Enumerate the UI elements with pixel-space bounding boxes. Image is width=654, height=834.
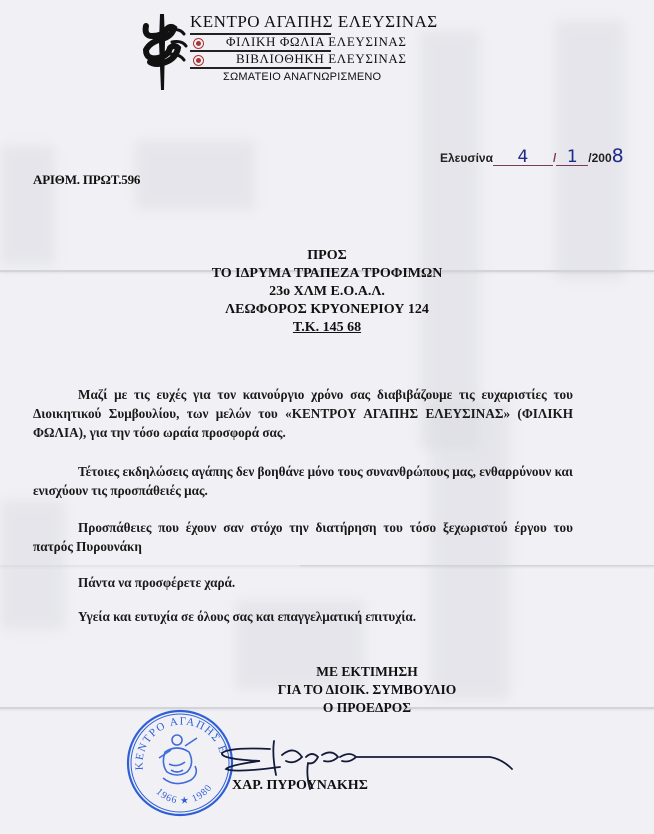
recipient-line-1: ΤΟ ΙΔΡΥΜΑ ΤΡΑΠΕΖΑ ΤΡΟΦΙΜΩΝ: [0, 266, 654, 282]
stylized-monogram-logo: [140, 12, 190, 90]
closing-board: ΓΙΑ ΤΟ ΔΙΟΙΚ. ΣΥΜΒΟΥΛΙΟ: [40, 680, 654, 700]
date-month: 1: [556, 151, 588, 166]
date-year-prefix: /200: [588, 151, 611, 165]
rosette-bullet-icon: [193, 55, 204, 66]
letterhead-line-3: ΒΙΒΛΙΟΘΗΚΗ ΕΛΕΥΣΙΝΑΣ: [236, 51, 407, 66]
recipient-to: ΠΡΟΣ: [0, 248, 654, 264]
closing-regards: ΜΕ ΕΚΤΙΜΗΣΗ: [40, 662, 654, 682]
recipient-line-3: ΛΕΩΦΟΡΟΣ ΚΡΥΟΝΕΡΙΟΥ 124: [0, 302, 654, 318]
body-paragraph-5: Υγεία και ευτυχία σε όλους σας και επαγγ…: [33, 607, 573, 626]
letterhead-row-1: ΦΙΛΙΚΗ ΦΩΛΙΑ ΕΛΕΥΣΙΝΑΣ: [193, 34, 407, 50]
date-line: Ελευσίνα4/1/2008: [440, 145, 624, 167]
rosette-bullet-icon: [193, 38, 204, 49]
postal-code-text: Τ.Κ. 145 68: [293, 320, 361, 335]
letterhead-line-2: ΦΙΛΙΚΗ ΦΩΛΙΑ ΕΛΕΥΣΙΝΑΣ: [226, 34, 407, 49]
paper-fold-line: [300, 565, 654, 566]
org-name: ΚΕΝΤΡΟ ΑΓΑΠΗΣ ΕΛΕΥΣΙΝΑΣ: [190, 12, 438, 32]
letterhead-row-2: ΒΙΒΛΙΟΘΗΚΗ ΕΛΕΥΣΙΝΑΣ: [193, 51, 407, 67]
date-year-suffix: 8: [612, 145, 624, 167]
recipient-line-2: 23ο ΧΛΜ Ε.Ο.Α.Λ.: [0, 284, 654, 300]
protocol-number: ΑΡΙΘΜ. ΠΡΩΤ.596: [33, 172, 140, 188]
body-paragraph-1: Μαζί με τις ευχές για τον καινούργιο χρό…: [33, 385, 573, 442]
signer-name: ΧΑΡ. ΠΥΡΟΥΝΑΚΗΣ: [232, 778, 368, 794]
letterhead-subtitle: ΣΩΜΑΤΕΙΟ ΑΝΑΓΝΩΡΙΣΜΕΝΟ: [223, 71, 381, 83]
date-place: Ελευσίνα: [440, 151, 493, 165]
body-paragraph-4: Πάντα να προσφέρετε χαρά.: [33, 573, 573, 592]
body-paragraph-2: Τέτοιες εκδηλώσεις αγάπης δεν βοηθάνε μό…: [33, 462, 573, 500]
letterhead-rule: [190, 67, 331, 69]
show-through-shadow: [0, 145, 55, 265]
date-day: 4: [493, 151, 553, 166]
recipient-postal-code: Τ.Κ. 145 68: [0, 320, 654, 336]
show-through-shadow: [135, 140, 255, 210]
body-paragraph-3: Προσπάθειες που έχουν σαν στόχο την διατ…: [33, 518, 573, 556]
